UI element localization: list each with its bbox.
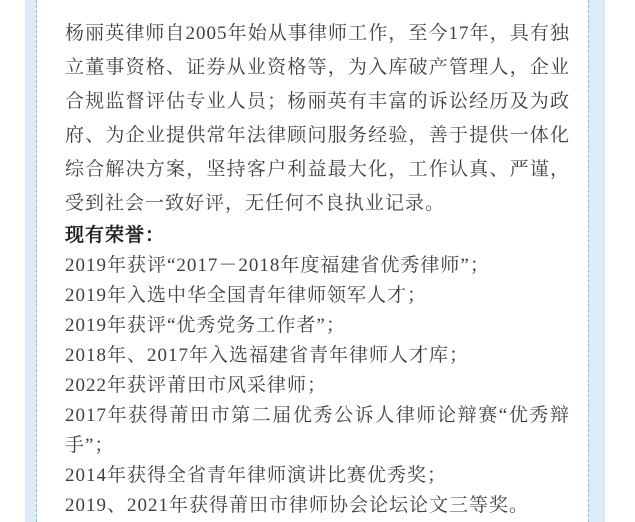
article-page: 杨丽英律师自2005年始从事律师工作，至今17年，具有独立董事资格、证券从业资格… bbox=[0, 0, 635, 522]
honor-item: 2019年获评“2017－2018年度福建省优秀律师”； bbox=[65, 251, 570, 281]
honor-item: 2019年获评“优秀党务工作者”； bbox=[65, 311, 570, 341]
honor-item: 2019、2021年获得莆田市律师协会论坛论文三等奖。 bbox=[65, 491, 570, 521]
honors-heading: 现有荣誉： bbox=[65, 221, 570, 251]
honor-item: 2019年入选中华全国青年律师领军人才； bbox=[65, 281, 570, 311]
right-accent-strip bbox=[588, 0, 605, 522]
honors-list: 2019年获评“2017－2018年度福建省优秀律师”； 2019年入选中华全国… bbox=[65, 251, 570, 521]
honor-item: 2014年获得全省青年律师演讲比赛优秀奖； bbox=[65, 461, 570, 491]
bio-paragraph: 杨丽英律师自2005年始从事律师工作，至今17年，具有独立董事资格、证券从业资格… bbox=[65, 17, 570, 221]
article-body: 杨丽英律师自2005年始从事律师工作，至今17年，具有独立董事资格、证券从业资格… bbox=[37, 0, 587, 522]
honor-item: 2017年获得莆田市第二届优秀公诉人律师论辩赛“优秀辩手”； bbox=[65, 401, 570, 461]
honor-item: 2018年、2017年入选福建省青年律师人才库； bbox=[65, 341, 570, 371]
left-accent-strip bbox=[25, 0, 37, 522]
honor-item: 2022年获评莆田市风采律师； bbox=[65, 371, 570, 401]
